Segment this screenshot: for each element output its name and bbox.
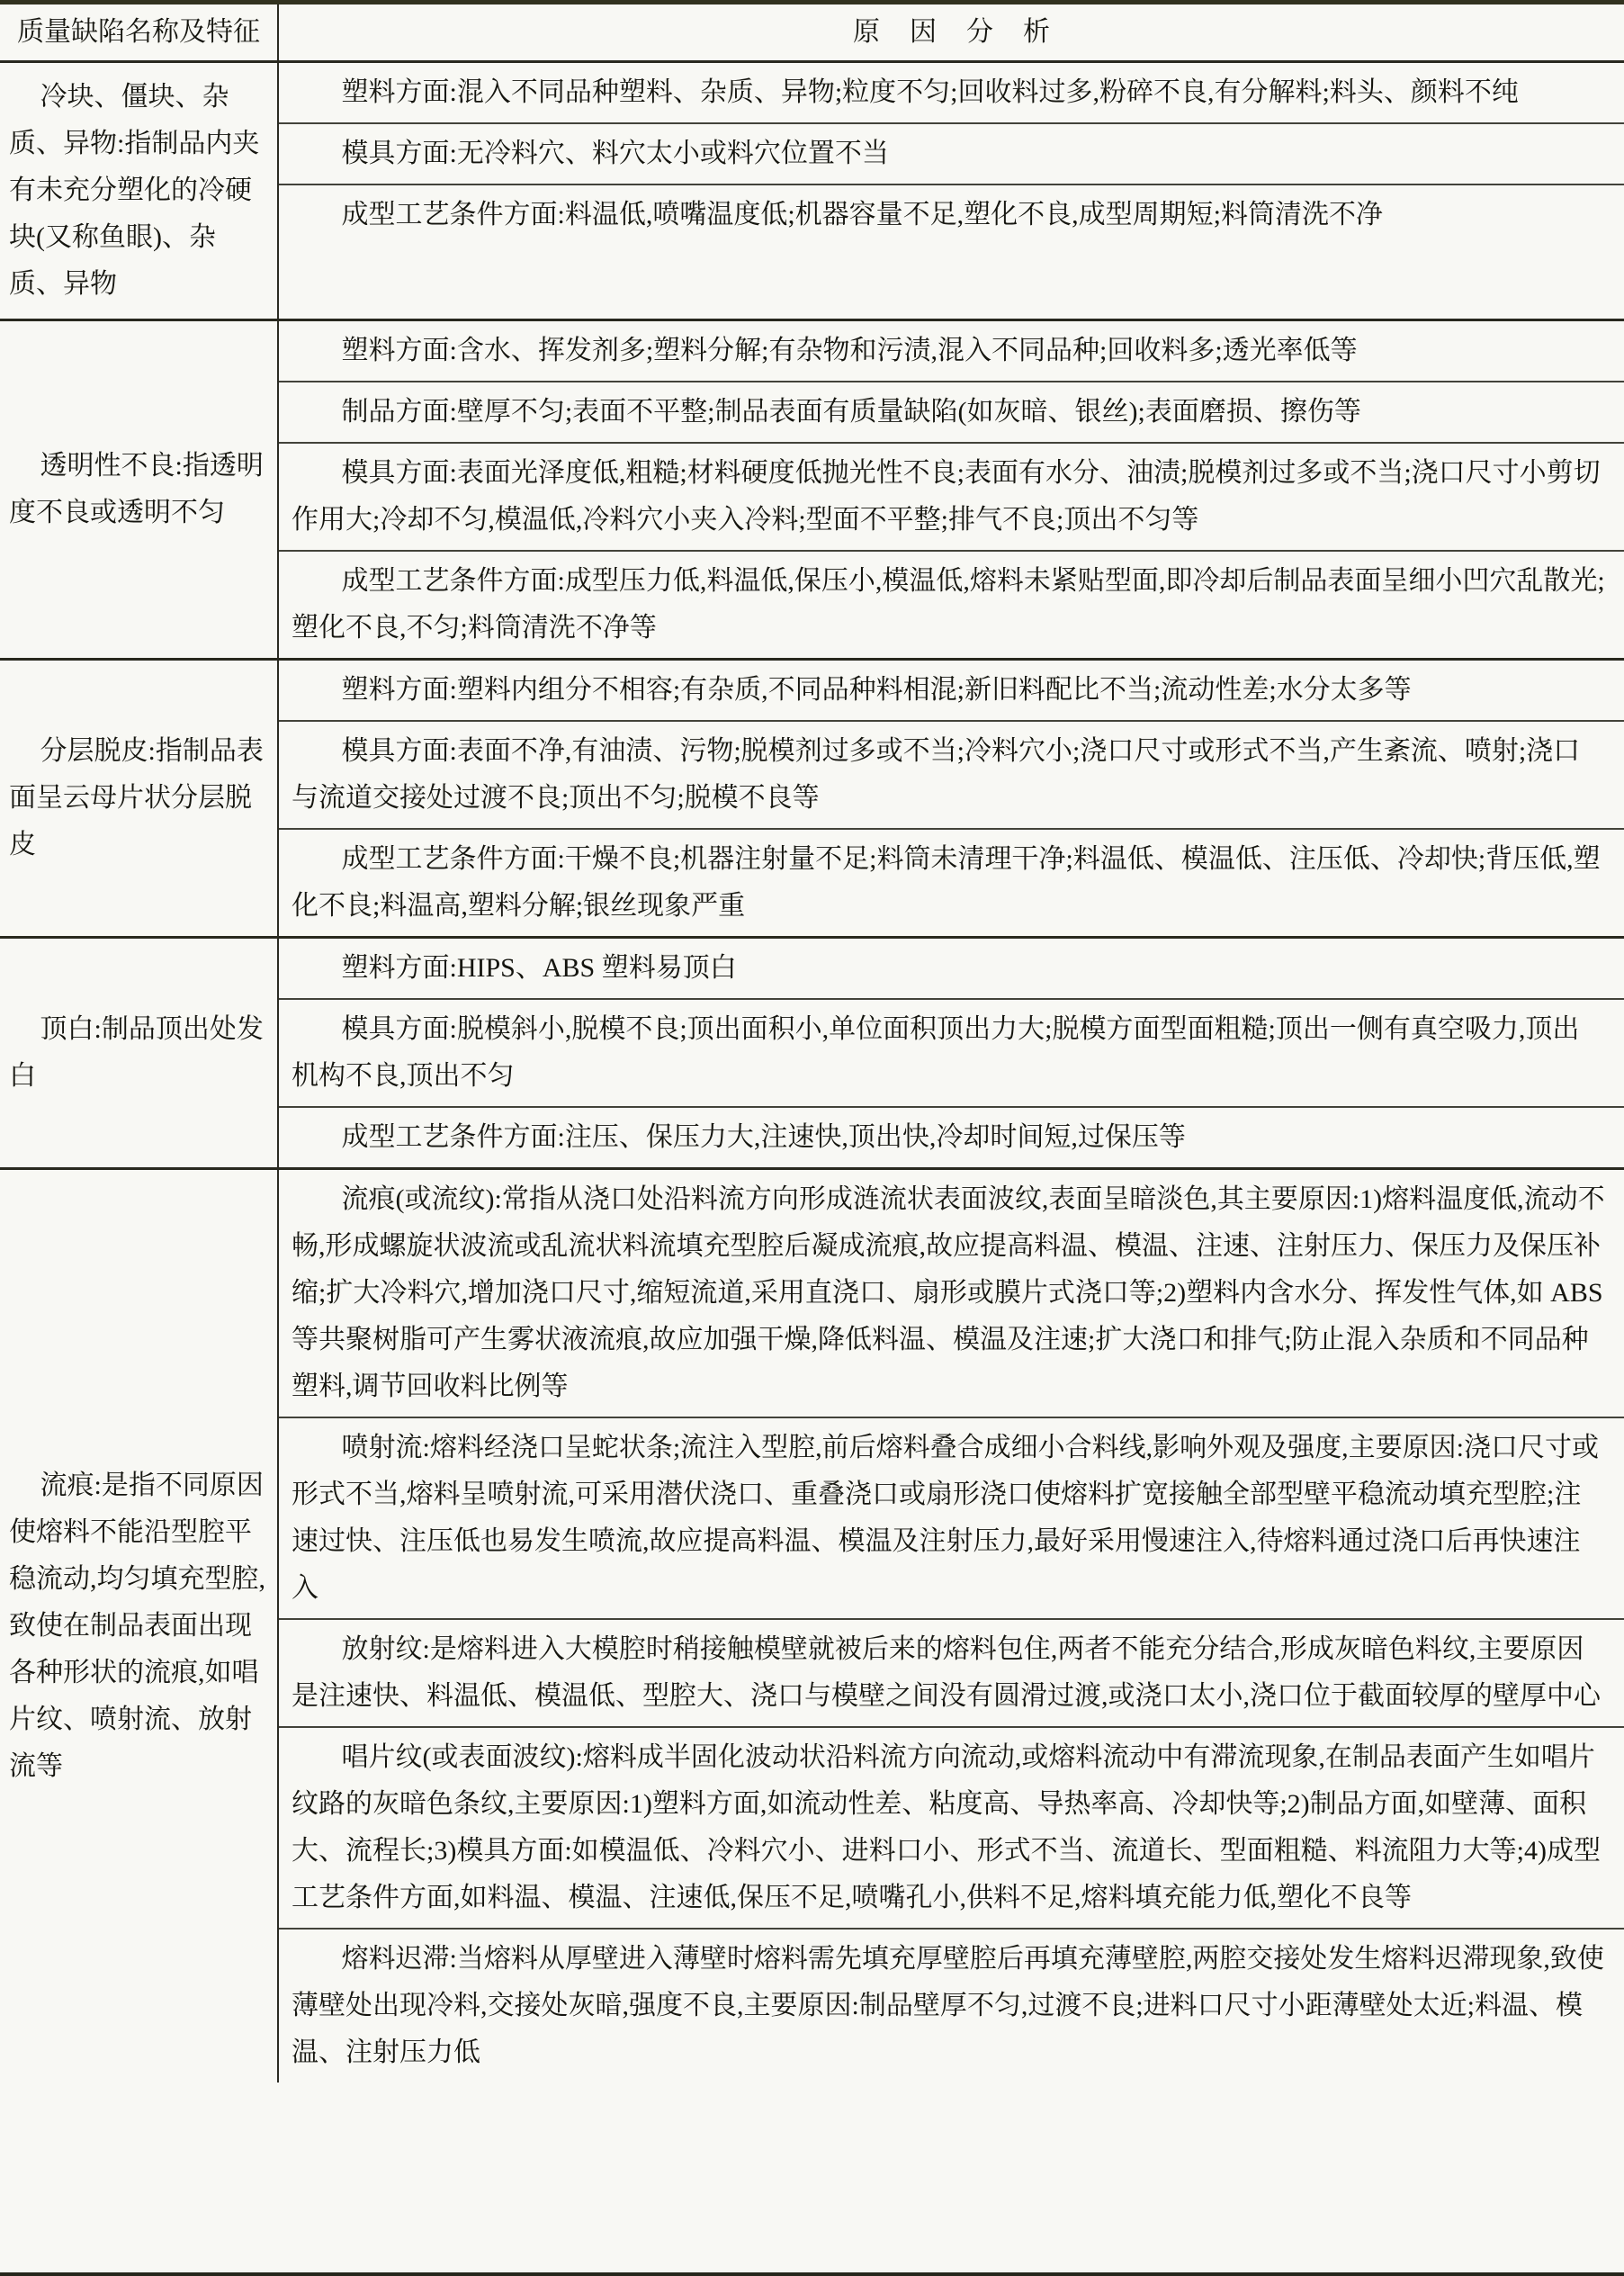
defect-text: 冷块、僵块、杂质、异物:指制品内夹有未充分塑化的冷硬块(又称鱼眼)、杂质、异物 [9, 74, 268, 308]
cause-text: 成型工艺条件方面:注压、保压力大,注速快,顶出快,冷却时间短,过保压等 [279, 1106, 1624, 1167]
defect-text: 流痕:是指不同原因使熔料不能沿型腔平稳流动,均匀填充型腔,致使在制品表面出现各种… [9, 1462, 268, 1790]
defect-cell: 冷块、僵块、杂质、异物:指制品内夹有未充分塑化的冷硬块(又称鱼眼)、杂质、异物 [0, 63, 279, 319]
cause-text: 放射纹:是熔料进入大模腔时稍接触模壁就被后来的熔料包住,两者不能充分结合,形成灰… [279, 1618, 1624, 1726]
cause-cell-group: 塑料方面:含水、挥发剂多;塑料分解;有杂物和污渍,混入不同品种;回收料多;透光率… [279, 321, 1624, 658]
defect-cell: 顶白:制品顶出处发白 [0, 939, 279, 1167]
defect-row: 透明性不良:指透明度不良或透明不匀塑料方面:含水、挥发剂多;塑料分解;有杂物和污… [0, 319, 1624, 658]
cause-text: 塑料方面:HIPS、ABS 塑料易顶白 [279, 939, 1624, 998]
cause-text: 模具方面:无冷料穴、料穴太小或料穴位置不当 [279, 122, 1624, 184]
defect-analysis-table-page: 质量缺陷名称及特征 原因分析 冷块、僵块、杂质、异物:指制品内夹有未充分塑化的冷… [0, 0, 1624, 2276]
defect-row: 冷块、僵块、杂质、异物:指制品内夹有未充分塑化的冷硬块(又称鱼眼)、杂质、异物塑… [0, 60, 1624, 319]
cause-text: 模具方面:表面光泽度低,粗糙;材料硬度低抛光性不良;表面有水分、油渍;脱模剂过多… [279, 442, 1624, 550]
cause-text: 制品方面:壁厚不匀;表面不平整;制品表面有质量缺陷(如灰暗、银丝);表面磨损、擦… [279, 381, 1624, 442]
table-header-row: 质量缺陷名称及特征 原因分析 [0, 4, 1624, 60]
defect-cell: 流痕:是指不同原因使熔料不能沿型腔平稳流动,均匀填充型腔,致使在制品表面出现各种… [0, 1170, 279, 2083]
cause-text: 唱片纹(或表面波纹):熔料成半固化波动状沿料流方向流动,或熔料流动中有滞流现象,… [279, 1726, 1624, 1928]
cause-cell-group: 流痕(或流纹):常指从浇口处沿料流方向形成涟流状表面波纹,表面呈暗淡色,其主要原… [279, 1170, 1624, 2083]
defect-row: 流痕:是指不同原因使熔料不能沿型腔平稳流动,均匀填充型腔,致使在制品表面出现各种… [0, 1167, 1624, 2083]
cause-cell-group: 塑料方面:混入不同品种塑料、杂质、异物;粒度不匀;回收料过多,粉碎不良,有分解料… [279, 63, 1624, 319]
cause-cell-group: 塑料方面:HIPS、ABS 塑料易顶白模具方面:脱模斜小,脱模不良;顶出面积小,… [279, 939, 1624, 1167]
header-cause-label: 原因分析 [823, 5, 1080, 59]
cause-text: 喷射流:熔料经浇口呈蛇状条;流注入型腔,前后熔料叠合成细小合料线,影响外观及强度… [279, 1417, 1624, 1618]
cause-text: 塑料方面:混入不同品种塑料、杂质、异物;粒度不匀;回收料过多,粉碎不良,有分解料… [279, 63, 1624, 122]
header-defect-column: 质量缺陷名称及特征 [0, 4, 279, 60]
defect-text: 透明性不良:指透明度不良或透明不匀 [9, 443, 268, 536]
cause-text: 成型工艺条件方面:干燥不良;机器注射量不足;料筒未清理干净;料温低、模温低、注压… [279, 828, 1624, 936]
cause-text: 模具方面:表面不净,有油渍、污物;脱模剂过多或不当;冷料穴小;浇口尺寸或形式不当… [279, 720, 1624, 828]
defect-row: 分层脱皮:指制品表面呈云母片状分层脱皮塑料方面:塑料内组分不相容;有杂质,不同品… [0, 658, 1624, 936]
table-body: 冷块、僵块、杂质、异物:指制品内夹有未充分塑化的冷硬块(又称鱼眼)、杂质、异物塑… [0, 60, 1624, 2083]
cause-text: 成型工艺条件方面:成型压力低,料温低,保压小,模温低,熔料未紧贴型面,即冷却后制… [279, 550, 1624, 658]
defect-cell: 分层脱皮:指制品表面呈云母片状分层脱皮 [0, 661, 279, 936]
header-defect-label: 质量缺陷名称及特征 [17, 9, 260, 56]
header-cause-column: 原因分析 [279, 4, 1624, 60]
cause-text: 模具方面:脱模斜小,脱模不良;顶出面积小,单位面积顶出力大;脱模方面型面粗糙;顶… [279, 998, 1624, 1106]
cause-text: 塑料方面:塑料内组分不相容;有杂质,不同品种料相混;新旧料配比不当;流动性差;水… [279, 661, 1624, 720]
cause-cell-group: 塑料方面:塑料内组分不相容;有杂质,不同品种料相混;新旧料配比不当;流动性差;水… [279, 661, 1624, 936]
defect-row: 顶白:制品顶出处发白塑料方面:HIPS、ABS 塑料易顶白模具方面:脱模斜小,脱… [0, 936, 1624, 1167]
cause-text: 塑料方面:含水、挥发剂多;塑料分解;有杂物和污渍,混入不同品种;回收料多;透光率… [279, 321, 1624, 381]
cause-text: 成型工艺条件方面:料温低,喷嘴温度低;机器容量不足,塑化不良,成型周期短;料筒清… [279, 184, 1624, 319]
defect-text: 分层脱皮:指制品表面呈云母片状分层脱皮 [9, 728, 268, 868]
defect-cell: 透明性不良:指透明度不良或透明不匀 [0, 321, 279, 658]
cause-text: 熔料迟滞:当熔料从厚壁进入薄壁时熔料需先填充厚壁腔后再填充薄壁腔,两腔交接处发生… [279, 1928, 1624, 2083]
cause-text: 流痕(或流纹):常指从浇口处沿料流方向形成涟流状表面波纹,表面呈暗淡色,其主要原… [279, 1170, 1624, 1417]
defect-text: 顶白:制品顶出处发白 [9, 1006, 268, 1100]
